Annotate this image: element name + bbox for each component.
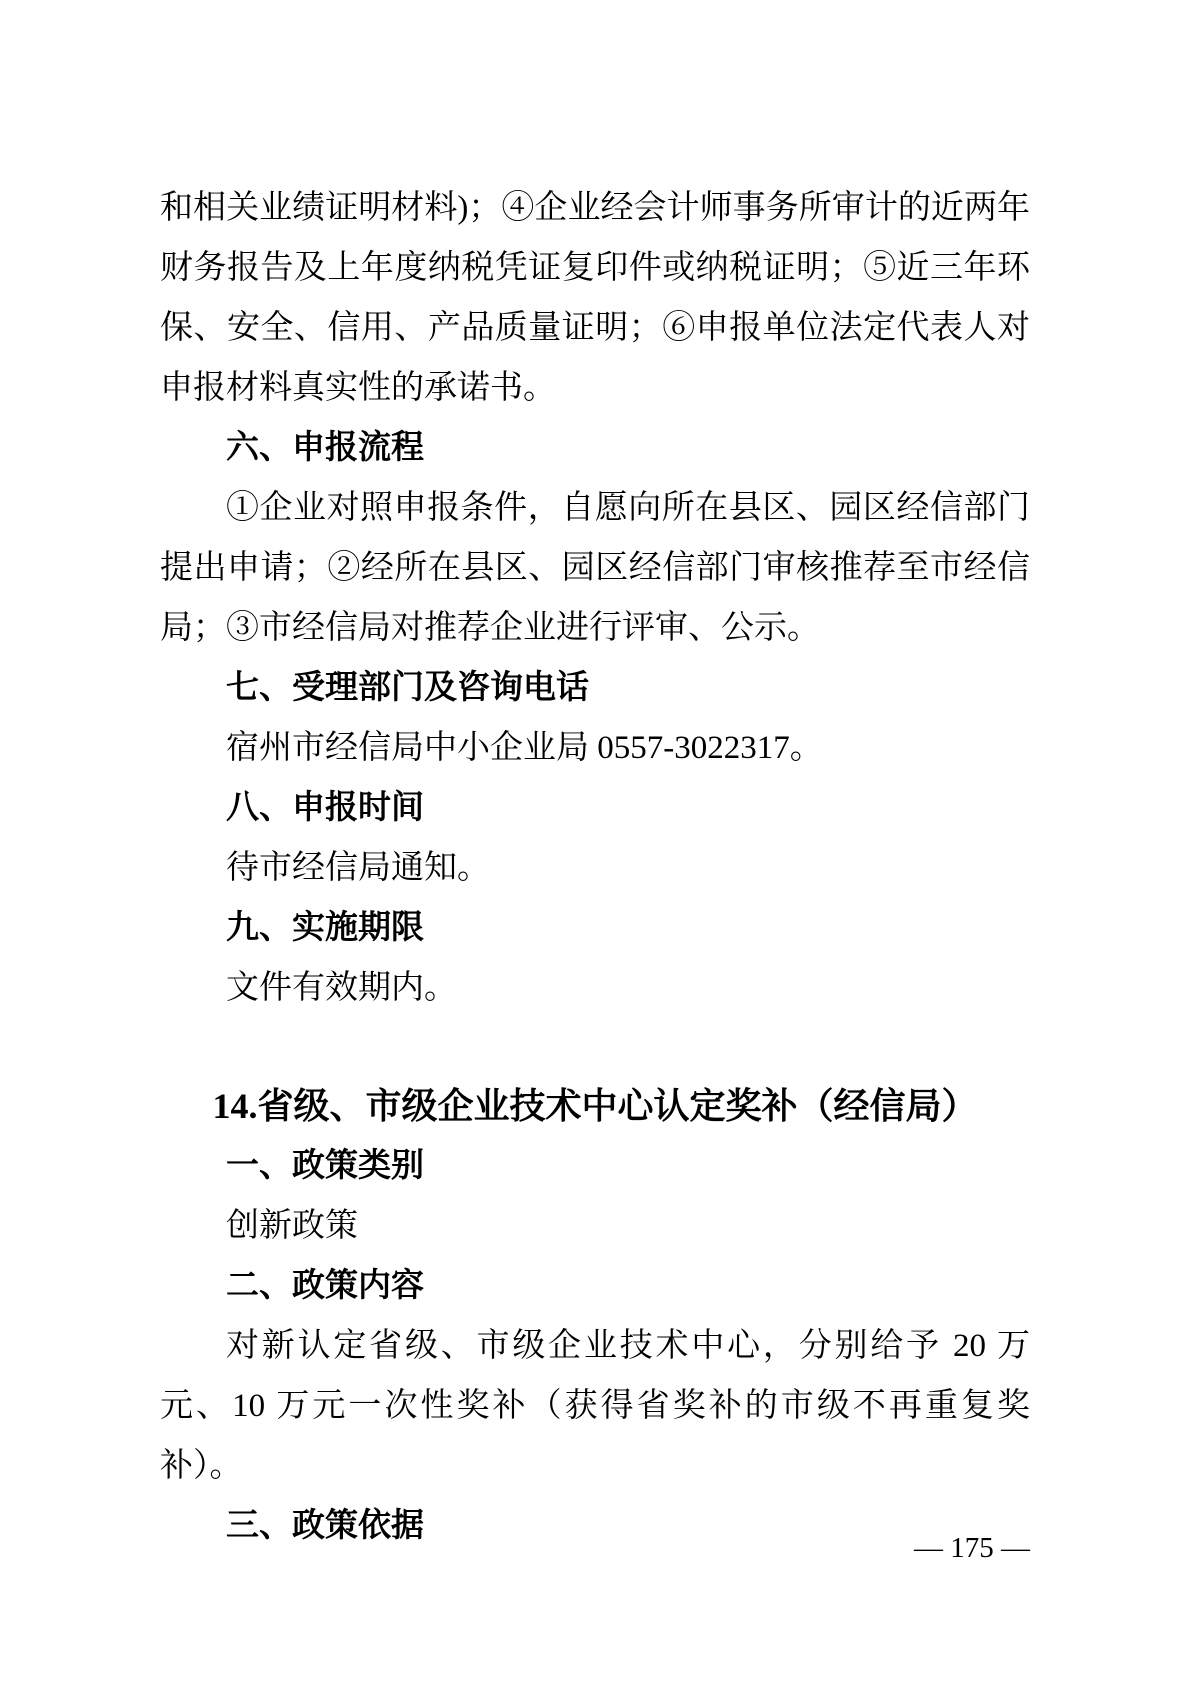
heading-policy-basis: 三、政策依据 (160, 1496, 1030, 1556)
paragraph-policy-content: 对新认定省级、市级企业技术中心，分别给予 20 万元、10 万元一次性奖补（获得… (160, 1316, 1030, 1496)
paragraph-application-time: 待市经信局通知。 (160, 838, 1030, 898)
paragraph-policy-category: 创新政策 (160, 1196, 1030, 1256)
heading-policy-category: 一、政策类别 (160, 1136, 1030, 1196)
heading-policy-content: 二、政策内容 (160, 1256, 1030, 1316)
heading-implementation-period: 九、实施期限 (160, 898, 1030, 958)
heading-application-process: 六、申报流程 (160, 418, 1030, 478)
paragraph-implementation-period: 文件有效期内。 (160, 958, 1030, 1018)
paragraph-application-materials-continuation: 和相关业绩证明材料)；④企业经会计师事务所审计的近两年财务报告及上年度纳税凭证复… (160, 178, 1030, 418)
heading-accepting-department-phone: 七、受理部门及咨询电话 (160, 658, 1030, 718)
page-number: — 175 — (914, 1532, 1030, 1564)
paragraph-application-process: ①企业对照申报条件，自愿向所在县区、园区经信部门提出申请；②经所在县区、园区经信… (160, 478, 1030, 658)
section-title-policy-14: 14.省级、市级企业技术中心认定奖补（经信局） (160, 1076, 1030, 1136)
document-page: 和相关业绩证明材料)；④企业经会计师事务所审计的近两年财务报告及上年度纳税凭证复… (0, 0, 1190, 1683)
paragraph-accepting-department-phone: 宿州市经信局中小企业局 0557-3022317。 (160, 718, 1030, 778)
document-body: 和相关业绩证明材料)；④企业经会计师事务所审计的近两年财务报告及上年度纳税凭证复… (160, 178, 1030, 1556)
heading-application-time: 八、申报时间 (160, 778, 1030, 838)
